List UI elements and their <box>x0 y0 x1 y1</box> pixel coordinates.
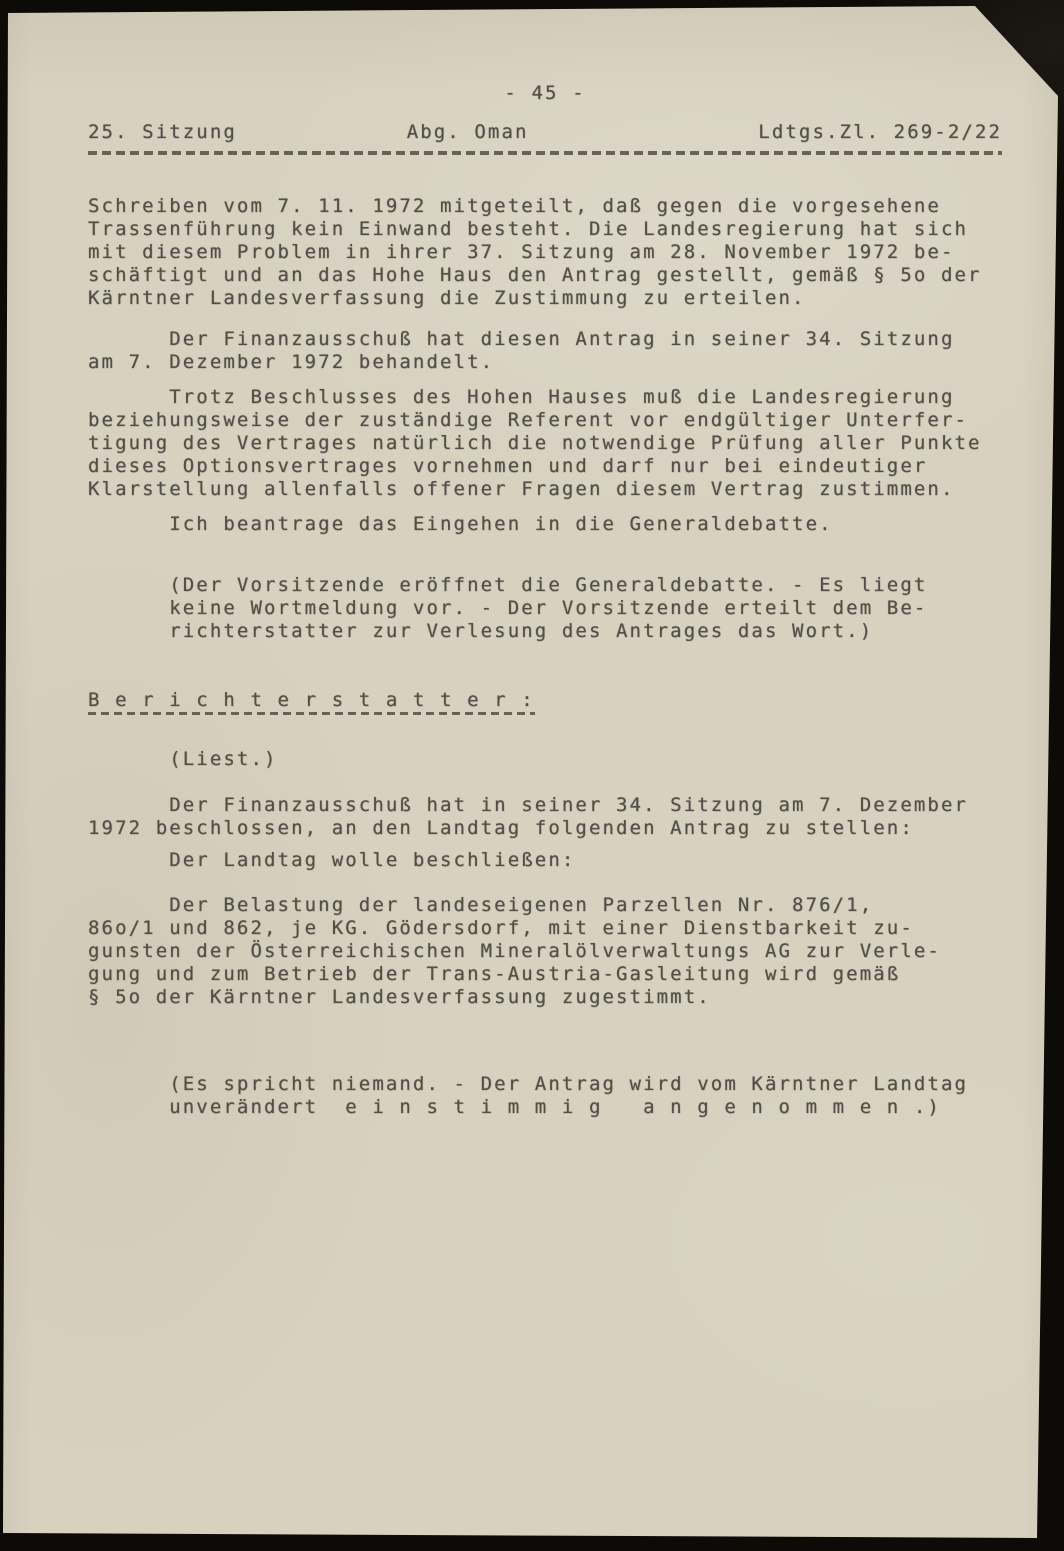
scanned-document: - 45 - 25. Sitzung Abg. Oman Ldtgs.Zl. 2… <box>0 0 1064 1551</box>
heading-text: B e r i c h t e r s t a t t e r : <box>88 689 535 715</box>
section-heading-berichterstatter: B e r i c h t e r s t a t t e r : <box>88 689 1002 715</box>
document-header: 25. Sitzung Abg. Oman Ldtgs.Zl. 269-2/22 <box>88 121 1002 144</box>
header-speaker: Abg. Oman <box>407 121 529 144</box>
paragraph-liest: (Liest.) <box>88 748 1002 771</box>
paragraph-continuation: Schreiben vom 7. 11. 1972 mitgeteilt, da… <box>88 195 1002 310</box>
paragraph-vorsitzender-remark: (Der Vorsitzende eröffnet die Generaldeb… <box>88 574 1002 643</box>
paragraph-abstimmung-remark: (Es spricht niemand. - Der Antrag wird v… <box>88 1073 1002 1119</box>
paragraph-finanzausschuss-beschlossen: Der Finanzausschuß hat in seiner 34. Sit… <box>88 794 1002 840</box>
paragraph-belastung-parzellen: Der Belastung der landeseigenen Parzelle… <box>88 894 1002 1009</box>
page-content: - 45 - 25. Sitzung Abg. Oman Ldtgs.Zl. 2… <box>0 0 1064 1119</box>
paragraph-trotz-beschlusses: Trotz Beschlusses des Hohen Hauses muß d… <box>88 386 1002 501</box>
paragraph-antrag-generaldebatte: Ich beantrage das Eingehen in die Genera… <box>88 513 1002 536</box>
header-reference: Ldtgs.Zl. 269-2/22 <box>758 121 1002 144</box>
page-number: - 45 - <box>88 82 1002 105</box>
paragraph-finanzausschuss-behandelt: Der Finanzausschuß hat diesen Antrag in … <box>88 328 1002 374</box>
dashed-rule <box>88 151 1002 155</box>
paragraph-landtag-wolle: Der Landtag wolle beschließen: <box>88 849 1002 872</box>
header-session: 25. Sitzung <box>88 121 237 144</box>
